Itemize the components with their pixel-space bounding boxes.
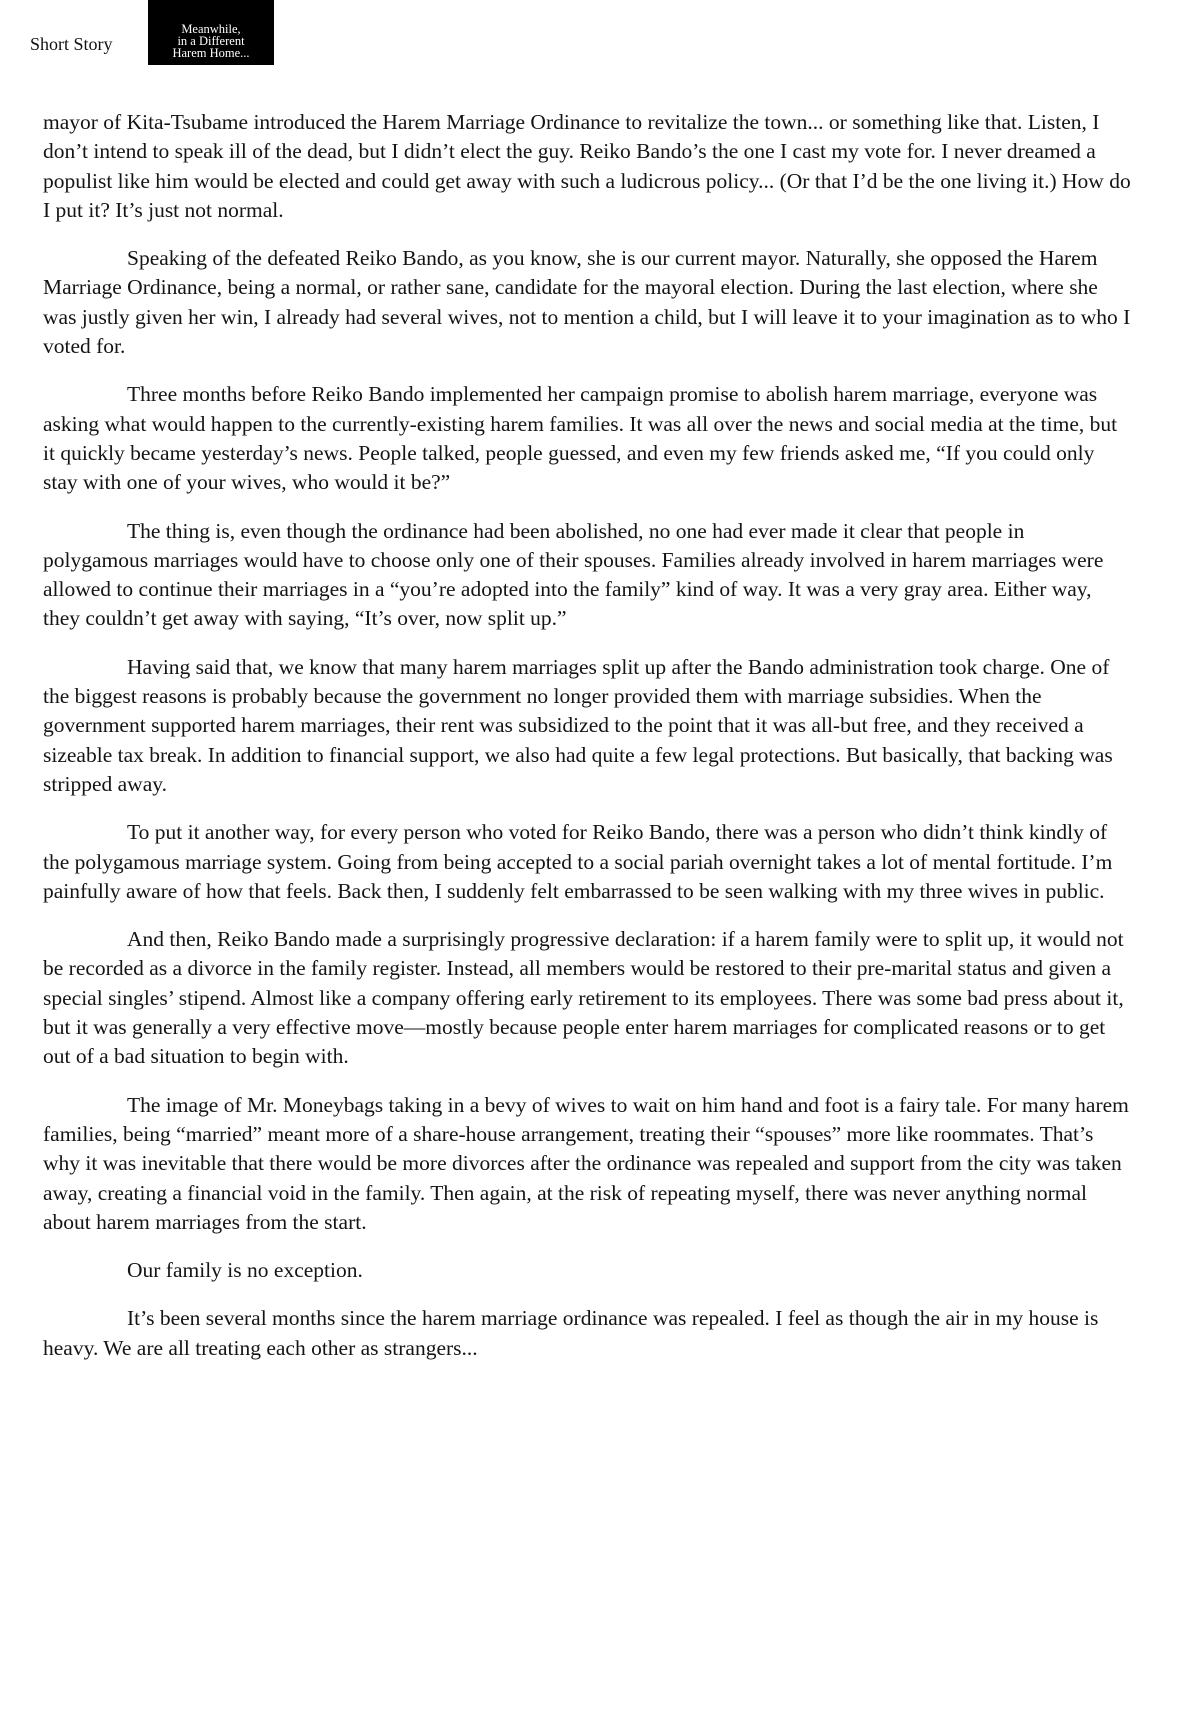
paragraph: Speaking of the defeated Reiko Bando, as…	[43, 244, 1133, 361]
paragraph: Three months before Reiko Bando implemen…	[43, 380, 1133, 497]
section-label: Short Story	[30, 34, 113, 55]
paragraph: mayor of Kita-Tsubame introduced the Har…	[43, 108, 1133, 225]
story-title-box: Meanwhile, in a Different Harem Home...	[148, 0, 274, 65]
story-title-line: Harem Home...	[172, 47, 249, 59]
paragraph: And then, Reiko Bando made a surprisingl…	[43, 925, 1133, 1071]
paragraph: The image of Mr. Moneybags taking in a b…	[43, 1091, 1133, 1237]
story-body: mayor of Kita-Tsubame introduced the Har…	[43, 108, 1133, 1382]
paragraph: Our family is no exception.	[43, 1256, 1133, 1285]
paragraph: Having said that, we know that many hare…	[43, 653, 1133, 799]
paragraph: The thing is, even though the ordinance …	[43, 517, 1133, 634]
paragraph: It’s been several months since the harem…	[43, 1304, 1133, 1363]
paragraph: To put it another way, for every person …	[43, 818, 1133, 906]
